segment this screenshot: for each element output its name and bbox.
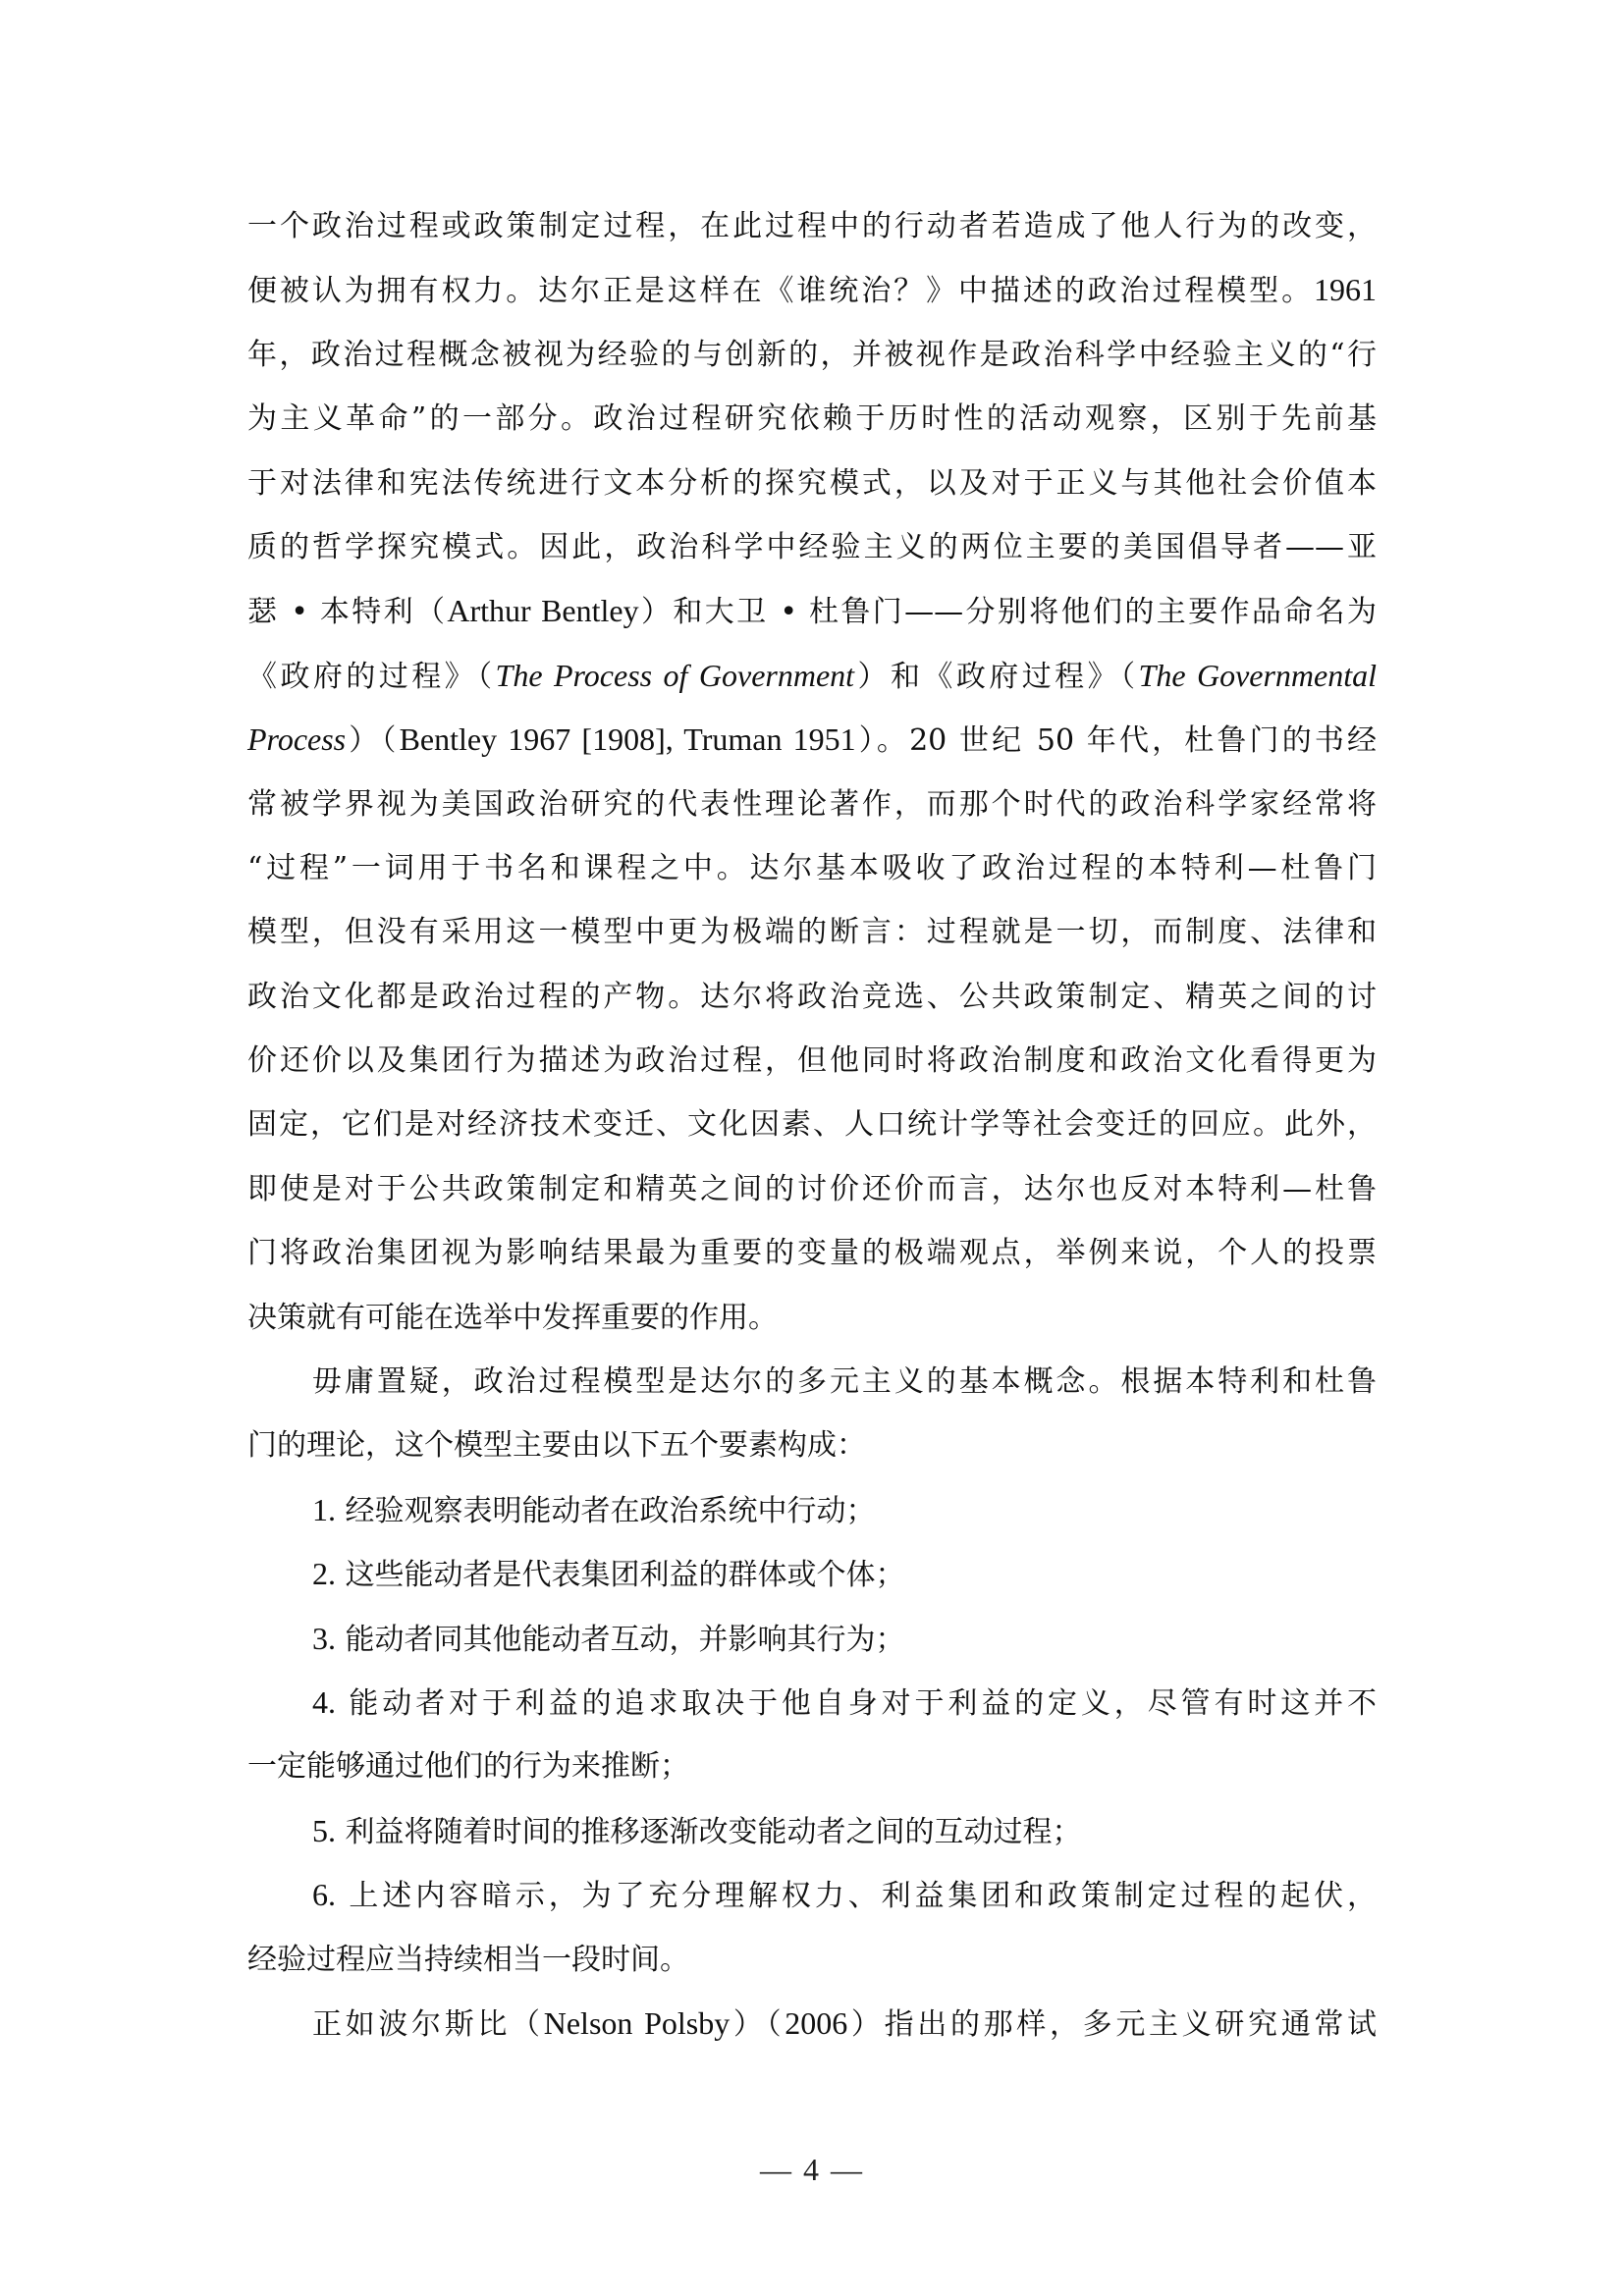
author-name-english: Arthur Bentley <box>447 593 638 628</box>
list-number: 2. <box>312 1556 336 1591</box>
citation: Bentley 1967 [1908], Truman 1951 <box>400 721 856 757</box>
list-item: 4. 能动者对于利益的追求取决于他自身对于利益的定义，尽管有时这并不 <box>247 1671 1377 1735</box>
list-item-continuation: 一定能够通过他们的行为来推断； <box>247 1735 1377 1798</box>
text-line: 一个政治过程或政策制定过程，在此过程中的行动者若造成了他人行为的改变， <box>247 194 1377 258</box>
paragraph-first-line: 正如波尔斯比（Nelson Polsby）（2006）指出的那样，多元主义研究通… <box>247 1992 1377 2056</box>
text-line: 《政府的过程》（The Process of Government）和《政府过程… <box>247 644 1377 708</box>
list-item: 2. 这些能动者是代表集团利益的群体或个体； <box>247 1542 1377 1606</box>
page-number: — 4 — <box>0 2152 1624 2188</box>
list-number: 3. <box>312 1621 336 1656</box>
list-item: 5. 利益将随着时间的推移逐渐改变能动者之间的互动过程； <box>247 1799 1377 1863</box>
author-name-english: Nelson Polsby <box>544 2005 730 2041</box>
text-line: 年，政治过程概念被视为经验的与创新的，并被视作是政治科学中经验主义的“行 <box>247 323 1377 387</box>
text-line: “过程”一词用于书名和课程之中。达尔基本吸收了政治过程的本特利—杜鲁门 <box>247 836 1377 900</box>
book-title-english: The Governmental <box>1139 658 1378 693</box>
text-line: 政治文化都是政治过程的产物。达尔将政治竞选、公共政策制定、精英之间的讨 <box>247 965 1377 1029</box>
text-line: Process）（Bentley 1967 [1908], Truman 195… <box>247 708 1377 772</box>
text-line: 即使是对于公共政策制定和精英之间的讨价还价而言，达尔也反对本特利—杜鲁 <box>247 1157 1377 1221</box>
paragraph-first-line: 毋庸置疑，政治过程模型是达尔的多元主义的基本概念。根据本特利和杜鲁 <box>247 1350 1377 1414</box>
list-number: 4. <box>312 1684 336 1720</box>
text-line: 于对法律和宪法传统进行文本分析的探究模式，以及对于正义与其他社会价值本 <box>247 452 1377 515</box>
list-number: 1. <box>312 1492 336 1527</box>
book-title-english: The Process of Government <box>496 658 855 693</box>
list-item-continuation: 经验过程应当持续相当一段时间。 <box>247 1928 1377 1992</box>
text-line: 门将政治集团视为影响结果最为重要的变量的极端观点，举例来说，个人的投票 <box>247 1221 1377 1285</box>
text-line: 门的理论，这个模型主要由以下五个要素构成： <box>247 1414 1377 1477</box>
text-line: 为主义革命”的一部分。政治过程研究依赖于历时性的活动观察，区别于先前基 <box>247 387 1377 451</box>
text-line: 决策就有可能在选举中发挥重要的作用。 <box>247 1286 1377 1350</box>
list-number: 6. <box>312 1877 336 1912</box>
text-line: 质的哲学探究模式。因此，政治科学中经验主义的两位主要的美国倡导者——亚 <box>247 515 1377 579</box>
text-line: 模型，但没有采用这一模型中更为极端的断言：过程就是一切，而制度、法律和 <box>247 900 1377 964</box>
list-item: 3. 能动者同其他能动者互动，并影响其行为； <box>247 1607 1377 1671</box>
text-line: 价还价以及集团行为描述为政治过程，但他同时将政治制度和政治文化看得更为 <box>247 1029 1377 1093</box>
document-body: 一个政治过程或政策制定过程，在此过程中的行动者若造成了他人行为的改变， 便被认为… <box>247 194 1377 2056</box>
text-line: 常被学界视为美国政治研究的代表性理论著作，而那个时代的政治科学家经常将 <box>247 773 1377 836</box>
text-line: 瑟 • 本特利（Arthur Bentley）和大卫 • 杜鲁门——分别将他们的… <box>247 579 1377 643</box>
text-line: 固定，它们是对经济技术变迁、文化因素、人口统计学等社会变迁的回应。此外， <box>247 1093 1377 1156</box>
book-title-english: Process <box>247 721 346 757</box>
list-item: 6. 上述内容暗示，为了充分理解权力、利益集团和政策制定过程的起伏， <box>247 1863 1377 1927</box>
document-page: 一个政治过程或政策制定过程，在此过程中的行动者若造成了他人行为的改变， 便被认为… <box>0 0 1624 2296</box>
list-number: 5. <box>312 1813 336 1848</box>
list-item: 1. 经验观察表明能动者在政治系统中行动； <box>247 1478 1377 1542</box>
citation-year: 2006 <box>785 2005 847 2041</box>
text-line: 便被认为拥有权力。达尔正是这样在《谁统治？》中描述的政治过程模型。1961 <box>247 258 1377 322</box>
